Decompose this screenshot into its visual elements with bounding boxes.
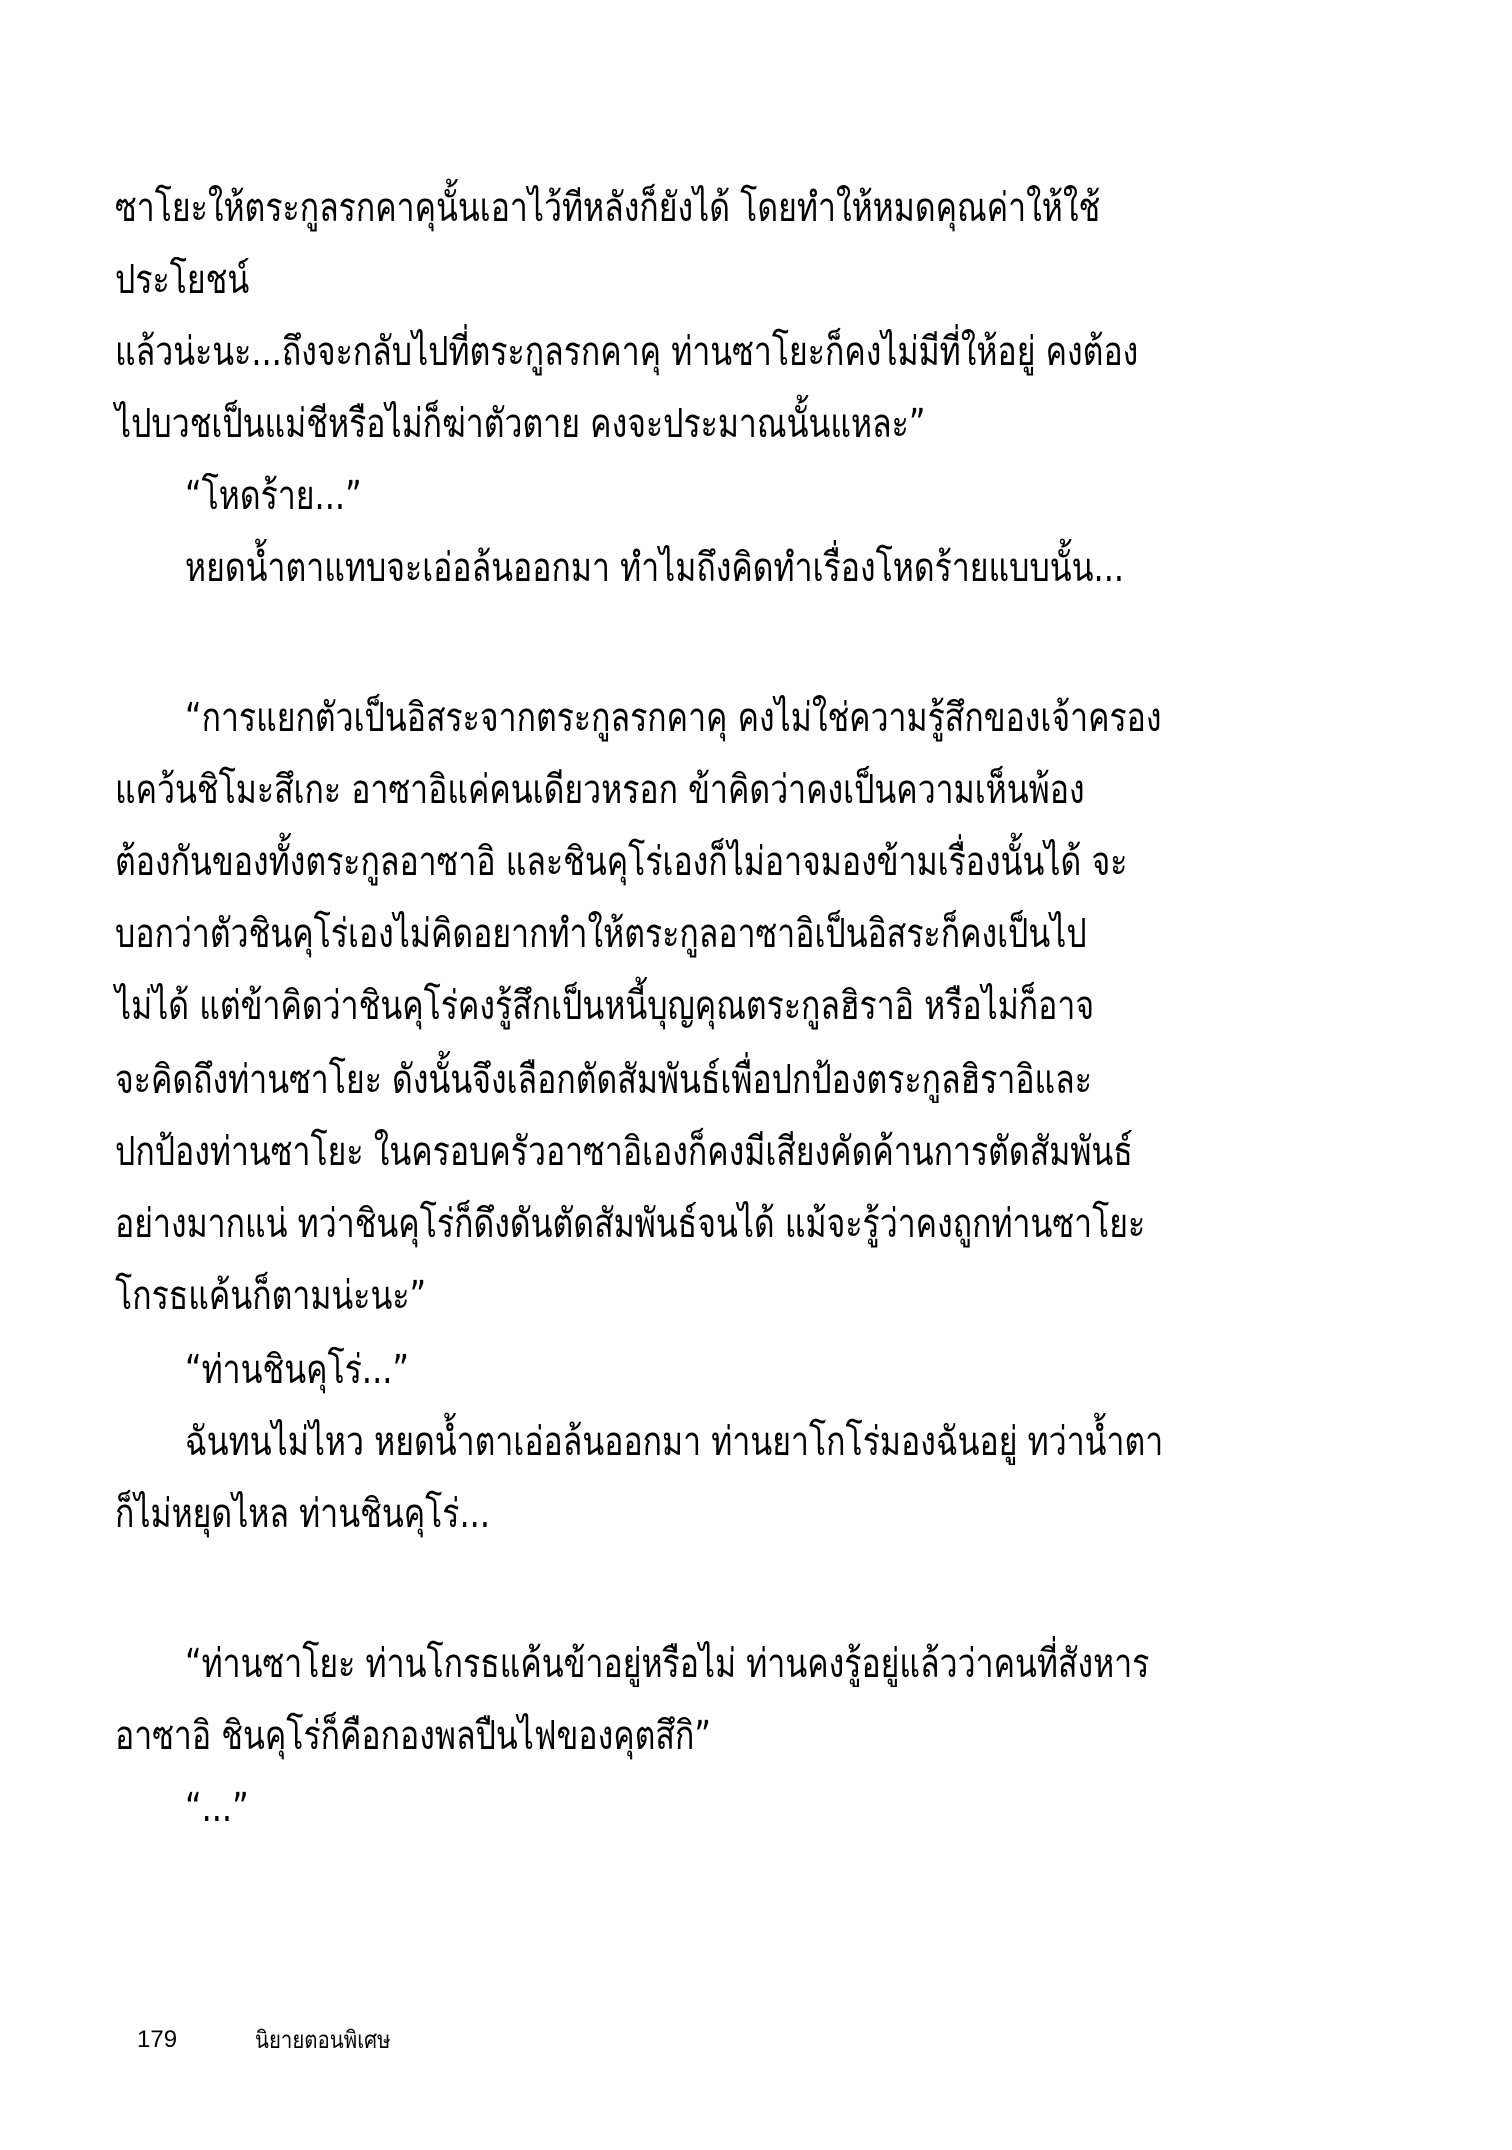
page-number: 179 <box>137 2020 177 2060</box>
text-line: “ท่านซาโยะ ท่านโกรธแค้นข้าอยู่หรือไม่ ท่… <box>185 1634 1149 1694</box>
text-line: อาซาอิ ชินคุโร่ก็คือกองพลปืนไฟของคุตสึกิ… <box>115 1706 711 1766</box>
text-line: “โหดร้าย...” <box>185 466 362 526</box>
text-line: ไม่ได้ แต่ข้าคิดว่าชินคุโร่คงรู้สึกเป็นห… <box>115 976 1094 1036</box>
text-line: แล้วน่ะนะ...ถึงจะกลับไปที่ตระกูลรกคาคุ ท… <box>115 322 1138 382</box>
text-line: ประโยชน์ <box>115 250 249 310</box>
text-line: ต้องกันของทั้งตระกูลอาซาอิ และชินคุโร่เอ… <box>115 832 1127 892</box>
text-line: จะคิดถึงท่านซาโยะ ดังนั้นจึงเลือกตัดสัมพ… <box>115 1050 1092 1110</box>
text-line: บอกว่าตัวชินคุโร่เองไม่คิดอยากทำให้ตระกู… <box>115 904 1087 964</box>
running-title: นิยายตอนพิเศษ <box>255 2020 391 2060</box>
text-line: ปกป้องท่านซาโยะ ในครอบครัวอาซาอิเองก็คงม… <box>115 1122 1133 1182</box>
text-line: “...” <box>185 1778 249 1838</box>
text-line: ฉันทนไม่ไหว หยดน้ำตาเอ่อล้นออกมา ท่านยาโ… <box>185 1412 1163 1472</box>
book-page: ซาโยะให้ตระกูลรกคาคุนั้นเอาไว้ทีหลังก็ยั… <box>0 0 1512 2150</box>
text-line: แคว้นชิโมะสึเกะ อาซาอิแค่คนเดียวหรอก ข้า… <box>115 760 1085 820</box>
text-line: อย่างมากแน่ ทว่าชินคุโร่ก็ดึงดันตัดสัมพั… <box>115 1194 1145 1254</box>
text-line: หยดน้ำตาแทบจะเอ่อล้นออกมา ทำไมถึงคิดทำเร… <box>185 538 1124 598</box>
text-line: ซาโยะให้ตระกูลรกคาคุนั้นเอาไว้ทีหลังก็ยั… <box>115 178 1100 238</box>
text-line: “ท่านชินคุโร่...” <box>185 1340 409 1400</box>
text-line: “การแยกตัวเป็นอิสระจากตระกูลรกคาคุ คงไม่… <box>185 688 1162 748</box>
text-line: ก็ไม่หยุดไหล ท่านชินคุโร่... <box>115 1484 490 1544</box>
text-line: โกรธแค้นก็ตามน่ะนะ” <box>115 1266 426 1326</box>
text-line: ไปบวชเป็นแม่ชีหรือไม่ก็ฆ่าตัวตาย คงจะประ… <box>115 394 925 454</box>
page-footer: 179 นิยายตอนพิเศษ <box>0 2020 1512 2060</box>
